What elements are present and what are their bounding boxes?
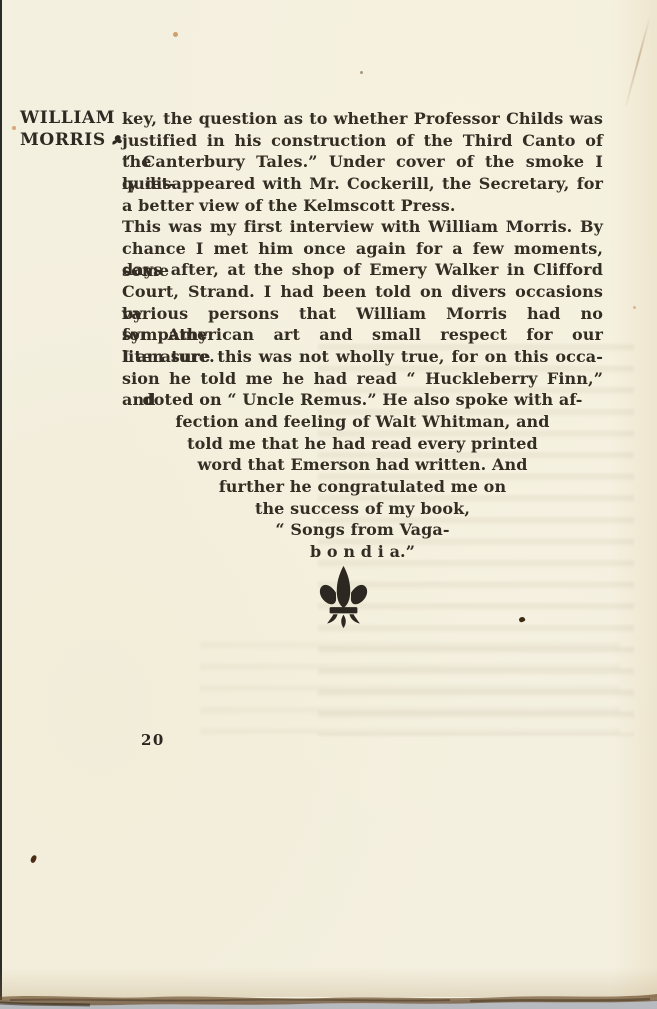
- text-line: chance I met him once again for a few mo…: [122, 238, 603, 260]
- text-line: key, the question as to whether Professo…: [122, 108, 603, 130]
- text-line: b o n d i a.”: [122, 541, 603, 563]
- scanned-book-page: { "margin_header": { "line1": "WILLIAM",…: [0, 0, 657, 1009]
- text-line: “ Canterbury Tales.” Under cover of the …: [122, 151, 603, 173]
- foxing-speck: [360, 71, 363, 74]
- text-line: This was my first interview with William…: [122, 216, 603, 238]
- foxing-speck: [173, 32, 178, 37]
- text-line: justified in his construction of the Thi…: [122, 130, 603, 152]
- margin-header-line1: WILLIAM: [20, 108, 120, 130]
- body-text: key, the question as to whether Professo…: [122, 108, 603, 562]
- margin-header-line2: MORRIS: [20, 130, 120, 153]
- page-bottom-edge: [0, 983, 657, 1009]
- text-line: Court, Strand. I had been told on divers…: [122, 281, 603, 303]
- foxing-speck: [30, 854, 37, 863]
- page-background: WILLIAM MORRIS key, the question as to w…: [0, 0, 657, 1009]
- text-line: the success of my book,: [122, 498, 603, 520]
- text-line: ly disappeared with Mr. Cockerill, the S…: [122, 173, 603, 195]
- foxing-speck: [12, 126, 16, 130]
- text-line: told me that he had read every printed: [122, 433, 603, 455]
- text-line: a better view of the Kelmscott Press.: [122, 195, 603, 217]
- foxing-speck: [633, 306, 636, 309]
- text-line: days after, at the shop of Emery Walker …: [122, 259, 603, 281]
- margin-header: WILLIAM MORRIS: [20, 108, 120, 152]
- text-line: further he congratulated me on: [122, 476, 603, 498]
- text-line: doted on “ Uncle Remus.” He also spoke w…: [122, 389, 603, 411]
- page-number: 20: [141, 731, 165, 749]
- text-line: “ Songs from Vaga-: [122, 519, 603, 541]
- text-line: various persons that William Morris had …: [122, 303, 603, 325]
- text-line: I am sure this was not wholly true, for …: [122, 346, 603, 368]
- fleur-de-lis-icon: [317, 565, 370, 629]
- text-line: for American art and small respect for o…: [122, 324, 603, 346]
- hedera-leaf-icon: [111, 131, 123, 153]
- text-line: word that Emerson had written. And: [122, 454, 603, 476]
- verso-showthrough-text: [200, 642, 620, 734]
- scan-left-edge: [0, 0, 2, 1009]
- text-line: fection and feeling of Walt Whitman, and: [122, 411, 603, 433]
- text-line: sion he told me he had read “ Huckleberr…: [122, 368, 603, 390]
